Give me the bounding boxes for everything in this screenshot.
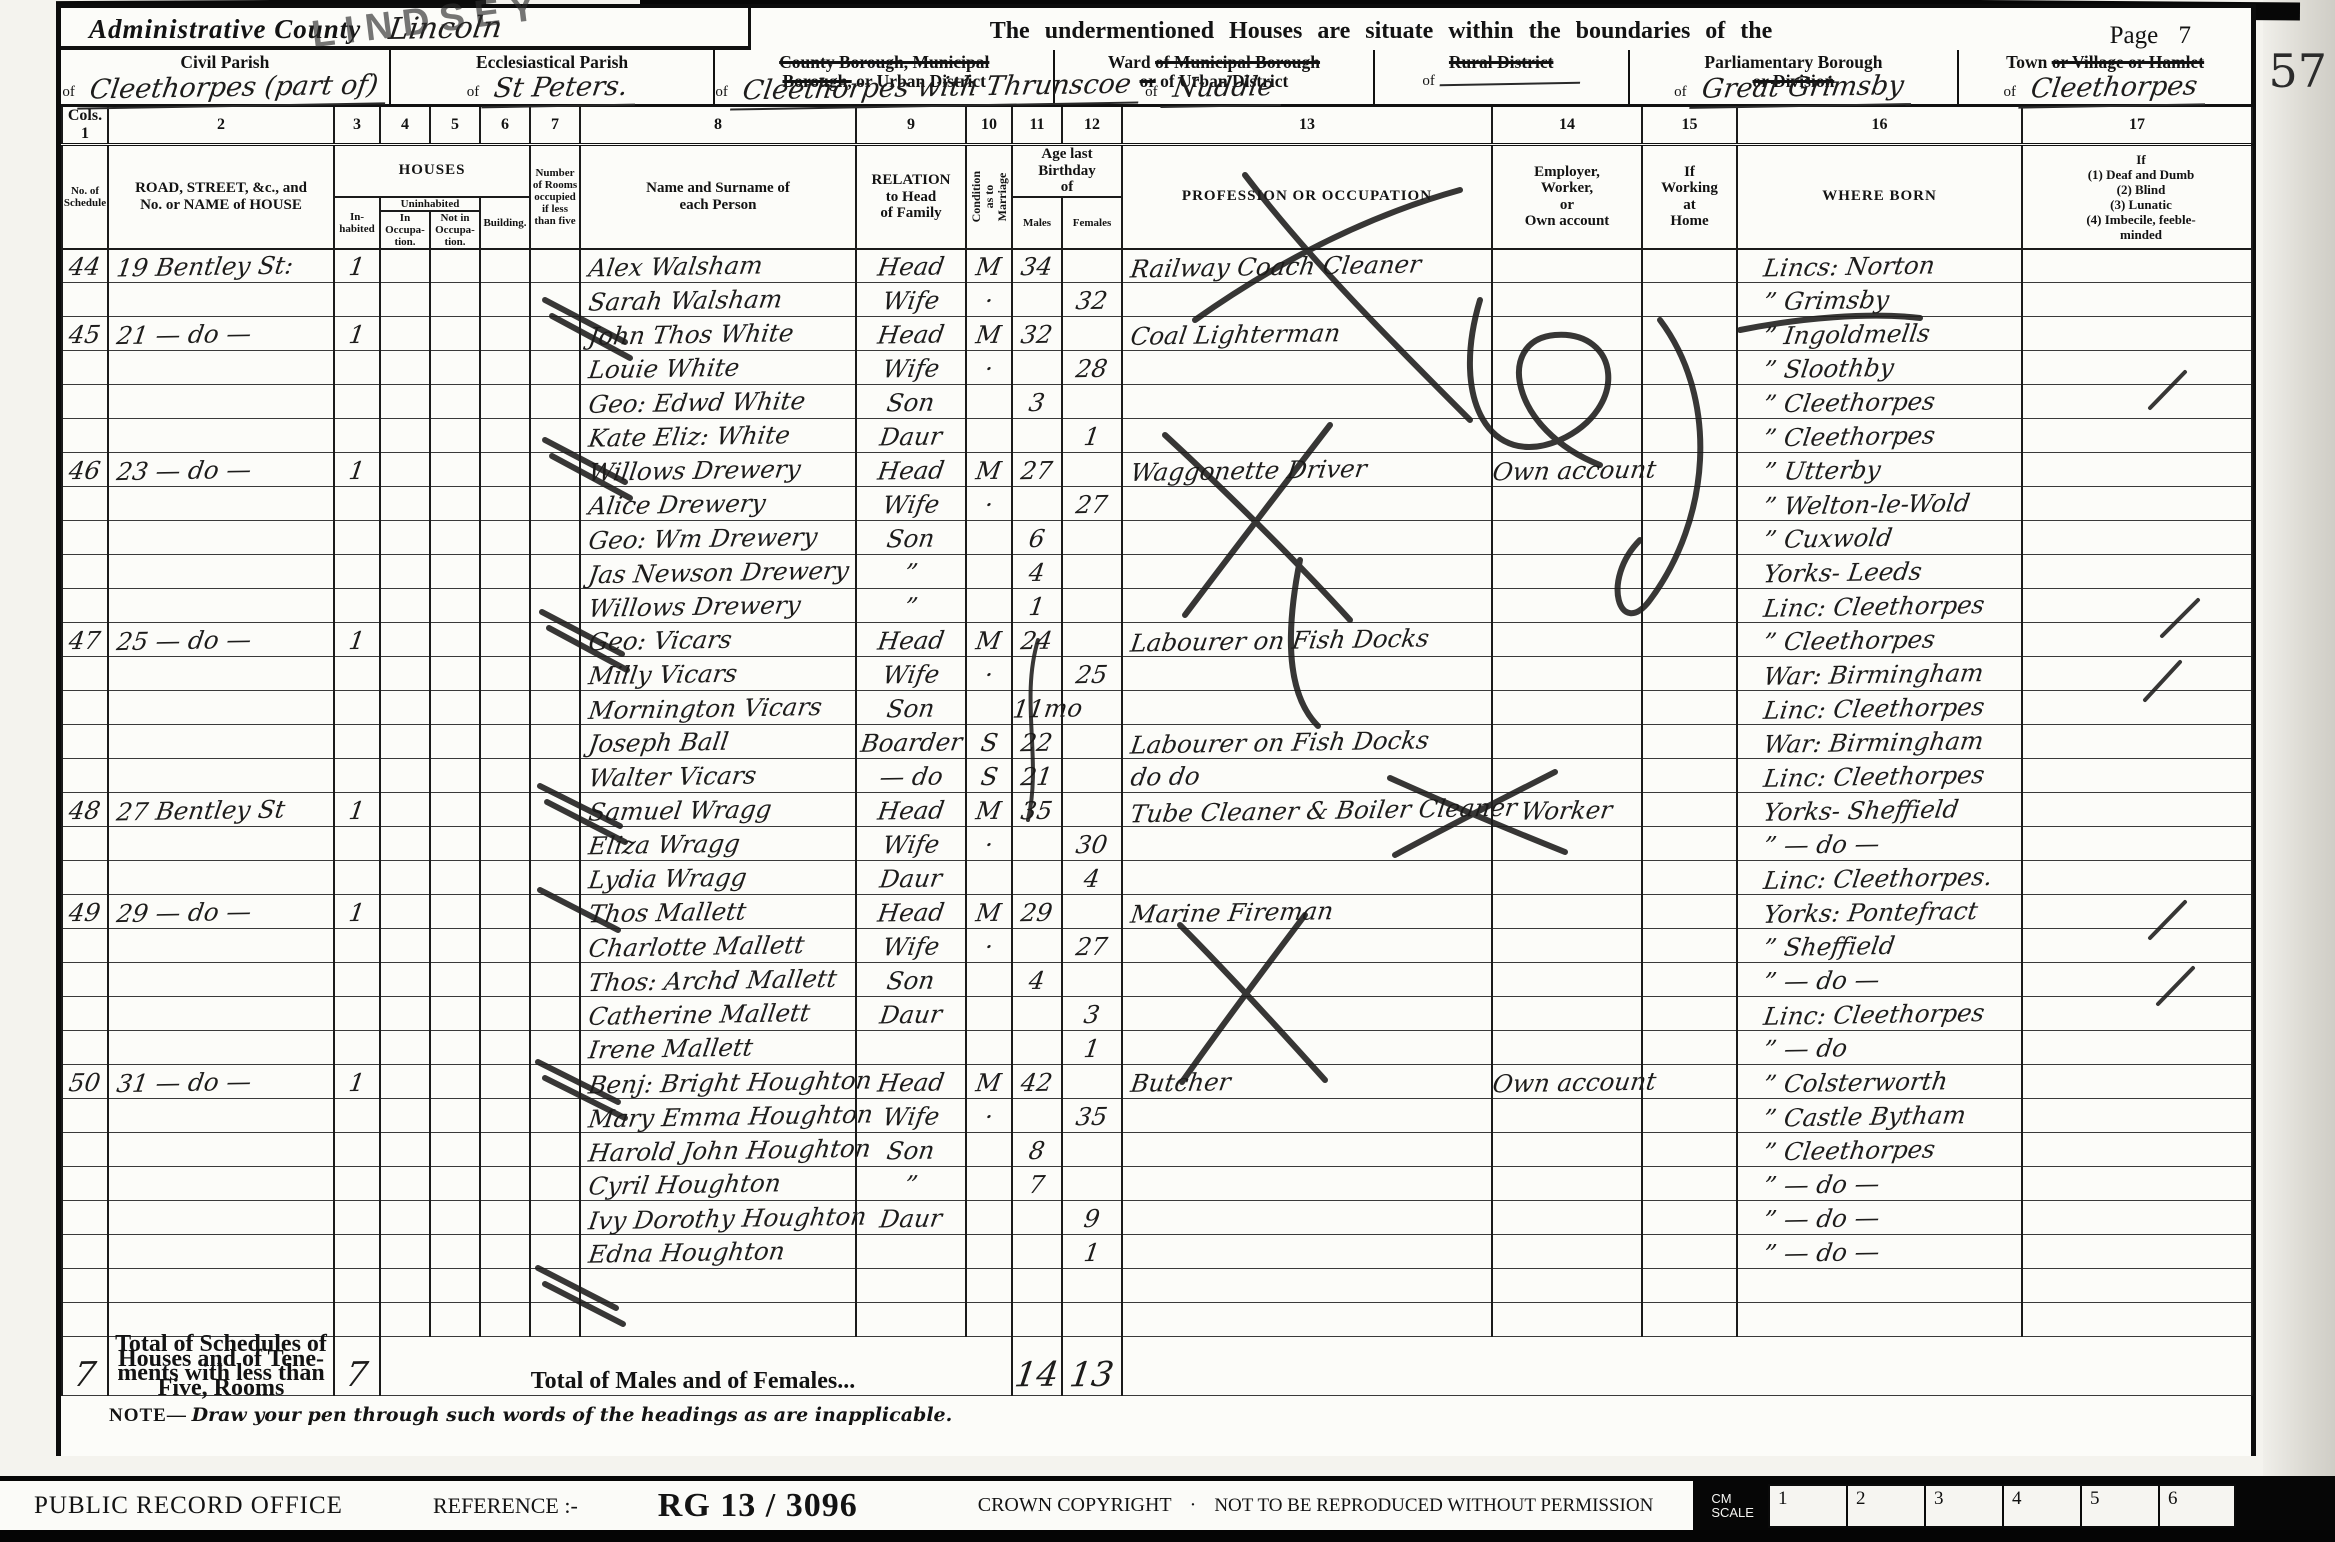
column-number-10: 10 [966, 107, 1012, 145]
building-mark [480, 249, 530, 283]
footnote-text: Draw your pen through such words of the … [192, 1404, 953, 1426]
age-male: 7 [1012, 1167, 1062, 1201]
census-table-head: Cols. 1234567891011121314151617 No. of S… [62, 107, 2252, 249]
marital-condition: · [966, 487, 1012, 521]
working-at-home [1642, 997, 1737, 1031]
cm-scale-label: CM SCALE [1711, 1492, 1754, 1520]
occupation [1122, 657, 1492, 691]
column-number-4: 4 [380, 107, 430, 145]
age-male: 21 [1012, 759, 1062, 793]
empty-cell [1642, 1303, 1737, 1337]
relation: Wife [856, 283, 966, 317]
person-name: Mornington Vicars [580, 691, 856, 725]
column-number-12: 12 [1062, 107, 1122, 145]
rooms-count [530, 1167, 580, 1201]
relation: Son [856, 521, 966, 555]
column-number-2: 2 [108, 107, 334, 145]
rooms-count [530, 759, 580, 793]
empty-cell [966, 1303, 1012, 1337]
col-header-relation: RELATION to Head of Family [856, 145, 966, 249]
age-male: 8 [1012, 1133, 1062, 1167]
address [108, 521, 334, 555]
age-female [1062, 1167, 1122, 1201]
age-female: 30 [1062, 827, 1122, 861]
uninhabited-in-occ [380, 1167, 430, 1201]
employment-status [1492, 963, 1642, 997]
empty-cell [580, 1269, 856, 1303]
district-town: Town or Village or HamletofCleethorpes [1959, 50, 2251, 104]
uninhabited-in-occ [380, 419, 430, 453]
relation: ” [856, 1167, 966, 1201]
building-mark [480, 453, 530, 487]
employment-status [1492, 249, 1642, 283]
address [108, 657, 334, 691]
working-at-home [1642, 555, 1737, 589]
working-at-home [1642, 1167, 1737, 1201]
employment-status [1492, 555, 1642, 589]
rooms-count [530, 1031, 580, 1065]
employment-status [1492, 929, 1642, 963]
working-at-home [1642, 929, 1737, 963]
infirmity [2022, 1235, 2252, 1269]
uninhabited-in-occ [380, 623, 430, 657]
total-males-females-label: Total of Males and of Females... [380, 1337, 1012, 1396]
footnote-note-word: NOTE— [109, 1405, 187, 1426]
marital-condition [966, 1201, 1012, 1235]
uninhabited-in-occ [380, 453, 430, 487]
rooms-count [530, 487, 580, 521]
district-town-value: ofCleethorpes [1959, 72, 2251, 107]
schedule-no [62, 487, 108, 521]
person-name: Irene Mallett [580, 1031, 856, 1065]
col-header-building: Building. [480, 197, 530, 249]
empty-cell [380, 1269, 430, 1303]
address [108, 385, 334, 419]
building-mark [480, 555, 530, 589]
schedule-no [62, 827, 108, 861]
infirmity [2022, 385, 2252, 419]
empty-cell [856, 1303, 966, 1337]
public-record-office-label: PUBLIC RECORD OFFICE [34, 1492, 343, 1520]
employment-status [1492, 1201, 1642, 1235]
occupation: Marine Fireman [1122, 895, 1492, 929]
relation: Daur [856, 997, 966, 1031]
age-male: 27 [1012, 453, 1062, 487]
working-at-home [1642, 793, 1737, 827]
rooms-count [530, 385, 580, 419]
col-header-in-occupation: In Occupa- tion. [380, 211, 430, 249]
schedule-no [62, 555, 108, 589]
person-name: Edna Houghton [580, 1235, 856, 1269]
inhabited-mark [334, 861, 380, 895]
building-mark [480, 589, 530, 623]
ruler-cell-3: 3 [1924, 1484, 2002, 1528]
uninhabited-not-occ [430, 1065, 480, 1099]
uninhabited-not-occ [430, 419, 480, 453]
census-row: Edna Houghton1” — do — [62, 1235, 2252, 1269]
age-male: 35 [1012, 793, 1062, 827]
inhabited-mark: 1 [334, 1065, 380, 1099]
rooms-count [530, 555, 580, 589]
uninhabited-in-occ [380, 1133, 430, 1167]
census-row: Willows Drewery”1Linc: Cleethorpes [62, 589, 2252, 623]
marital-condition [966, 997, 1012, 1031]
age-male [1012, 351, 1062, 385]
census-row: 4521 — do —1John Thos WhiteHeadM32Coal L… [62, 317, 2252, 351]
schedule-no: 47 [62, 623, 108, 657]
person-name: Louie White [580, 351, 856, 385]
col-header-not-in-occupation: Not in Occupa- tion. [430, 211, 480, 249]
age-female [1062, 589, 1122, 623]
where-born: Lincs: Norton [1737, 249, 2022, 283]
rooms-count [530, 929, 580, 963]
person-name: Walter Vicars [580, 759, 856, 793]
marital-condition [966, 861, 1012, 895]
building-mark [480, 1235, 530, 1269]
employment-status [1492, 1167, 1642, 1201]
age-female [1062, 317, 1122, 351]
col-header-males: Males [1012, 197, 1062, 249]
address: 31 — do — [108, 1065, 334, 1099]
occupation [1122, 351, 1492, 385]
person-name: Samuel Wragg [580, 793, 856, 827]
where-born: ” Ingoldmells [1737, 317, 2022, 351]
marital-condition [966, 1031, 1012, 1065]
occupation [1122, 997, 1492, 1031]
empty-cell [480, 1303, 530, 1337]
where-born: Linc: Cleethorpes. [1737, 861, 2022, 895]
where-born: Linc: Cleethorpes [1737, 691, 2022, 725]
census-row: Milly VicarsWife·25War: Birmingham [62, 657, 2252, 691]
rooms-count [530, 623, 580, 657]
uninhabited-not-occ [430, 351, 480, 385]
census-row: Louie WhiteWife·28” Sloothby [62, 351, 2252, 385]
cm-scale-box: CM SCALE 123456 [1693, 1481, 2335, 1530]
uninhabited-not-occ [430, 1201, 480, 1235]
marital-condition: M [966, 623, 1012, 657]
rooms-count [530, 691, 580, 725]
empty-cell [480, 1269, 530, 1303]
column-number-8: 8 [580, 107, 856, 145]
empty-cell [1642, 1269, 1737, 1303]
address: 25 — do — [108, 623, 334, 657]
column-number-14: 14 [1492, 107, 1642, 145]
infirmity [2022, 1133, 2252, 1167]
building-mark [480, 657, 530, 691]
census-row: 5031 — do —1Benj: Bright HoughtonHeadM42… [62, 1065, 2252, 1099]
age-female [1062, 249, 1122, 283]
district-civil-parish-value: ofCleethorpes (part of) [61, 72, 389, 107]
schedule-no [62, 1031, 108, 1065]
empty-cell [1492, 1303, 1642, 1337]
where-born: ” — do — [1737, 827, 2022, 861]
working-at-home [1642, 861, 1737, 895]
inhabited-mark [334, 1167, 380, 1201]
infirmity [2022, 793, 2252, 827]
working-at-home [1642, 1133, 1737, 1167]
address: 19 Bentley St: [108, 249, 334, 283]
rooms-count [530, 1065, 580, 1099]
district-urban-district-label: County Borough, Municipal [715, 53, 1053, 72]
infirmity [2022, 657, 2252, 691]
infirmity [2022, 351, 2252, 385]
marital-condition: M [966, 1065, 1012, 1099]
rooms-count [530, 453, 580, 487]
uninhabited-not-occ [430, 895, 480, 929]
empty-cell [1012, 1303, 1062, 1337]
uninhabited-in-occ [380, 1235, 430, 1269]
person-name: Eliza Wragg [580, 827, 856, 861]
infirmity [2022, 1167, 2252, 1201]
occupation [1122, 963, 1492, 997]
uninhabited-in-occ [380, 691, 430, 725]
building-mark [480, 861, 530, 895]
census-row: 4827 Bentley St1Samuel WraggHeadM35Tube … [62, 793, 2252, 827]
reference-label: REFERENCE :- [433, 1493, 578, 1519]
building-mark [480, 793, 530, 827]
working-at-home [1642, 1235, 1737, 1269]
schedule-no: 48 [62, 793, 108, 827]
inhabited-mark [334, 487, 380, 521]
empty-cell [1737, 1269, 2022, 1303]
uninhabited-not-occ [430, 1167, 480, 1201]
marital-condition: · [966, 827, 1012, 861]
building-mark [480, 623, 530, 657]
rooms-count [530, 249, 580, 283]
where-born: ” — do — [1737, 963, 2022, 997]
uninhabited-in-occ [380, 657, 430, 691]
relation: Son [856, 963, 966, 997]
census-row: Thos: Archd MallettSon4” — do — [62, 963, 2252, 997]
employment-status [1492, 1235, 1642, 1269]
empty-cell [1062, 1269, 1122, 1303]
working-at-home [1642, 487, 1737, 521]
age-male: 4 [1012, 555, 1062, 589]
occupation [1122, 589, 1492, 623]
occupation [1122, 487, 1492, 521]
address [108, 1167, 334, 1201]
employment-status [1492, 385, 1642, 419]
empty-cell [530, 1303, 580, 1337]
empty-cell [1492, 1269, 1642, 1303]
where-born: ” — do — [1737, 1201, 2022, 1235]
age-female [1062, 725, 1122, 759]
occupation [1122, 1099, 1492, 1133]
uninhabited-in-occ [380, 861, 430, 895]
person-name: Geo: Edwd White [580, 385, 856, 419]
uninhabited-not-occ [430, 283, 480, 317]
census-row: Geo: Edwd WhiteSon3” Cleethorpes [62, 385, 2252, 419]
employment-status [1492, 623, 1642, 657]
employment-status: Own account [1492, 453, 1642, 487]
uninhabited-in-occ [380, 827, 430, 861]
column-number-1: Cols. 1 [62, 107, 108, 145]
age-female [1062, 1133, 1122, 1167]
address [108, 725, 334, 759]
uninhabited-in-occ [380, 1065, 430, 1099]
marital-condition: · [966, 657, 1012, 691]
infirmity [2022, 929, 2252, 963]
building-mark [480, 317, 530, 351]
marital-condition [966, 1167, 1012, 1201]
inhabited-mark [334, 385, 380, 419]
district-ward-value: ofNuddle [1055, 72, 1373, 107]
empty-cell [2022, 1269, 2252, 1303]
inhabited-mark: 1 [334, 453, 380, 487]
age-male: 32 [1012, 317, 1062, 351]
marital-condition: · [966, 283, 1012, 317]
column-number-3: 3 [334, 107, 380, 145]
infirmity [2022, 589, 2252, 623]
building-mark [480, 283, 530, 317]
schedule-no [62, 725, 108, 759]
col-header-name: Name and Surname of each Person [580, 145, 856, 249]
schedule-no: 45 [62, 317, 108, 351]
uninhabited-in-occ [380, 1201, 430, 1235]
col-header-where-born: WHERE BORN [1737, 145, 2022, 249]
age-male [1012, 487, 1062, 521]
address [108, 555, 334, 589]
working-at-home [1642, 759, 1737, 793]
rooms-count [530, 997, 580, 1031]
total-females-value: 13 [1062, 1337, 1122, 1396]
empty-cell [1062, 1303, 1122, 1337]
occupation [1122, 929, 1492, 963]
uninhabited-not-occ [430, 1031, 480, 1065]
uninhabited-in-occ [380, 1031, 430, 1065]
age-female: 35 [1062, 1099, 1122, 1133]
person-name: Kate Eliz: White [580, 419, 856, 453]
blank-row [62, 1269, 2252, 1303]
district-rural-district: Rural Districtof [1375, 50, 1630, 104]
empty-cell [108, 1269, 334, 1303]
working-at-home [1642, 317, 1737, 351]
col-header-age: Age last Birthday of [1012, 145, 1122, 197]
where-born: ” Cleethorpes [1737, 419, 2022, 453]
inhabited-mark [334, 759, 380, 793]
relation: Son [856, 385, 966, 419]
age-male [1012, 1201, 1062, 1235]
working-at-home [1642, 249, 1737, 283]
person-name: Charlotte Mallett [580, 929, 856, 963]
age-female: 27 [1062, 487, 1122, 521]
address [108, 419, 334, 453]
census-row: Joseph BallBoarderS22Labourer on Fish Do… [62, 725, 2252, 759]
person-name: Milly Vicars [580, 657, 856, 691]
relation: Head [856, 453, 966, 487]
uninhabited-not-occ [430, 1099, 480, 1133]
building-mark [480, 997, 530, 1031]
marital-condition [966, 1133, 1012, 1167]
occupation: Labourer on Fish Docks [1122, 725, 1492, 759]
age-female: 1 [1062, 419, 1122, 453]
building-mark [480, 351, 530, 385]
rooms-count [530, 963, 580, 997]
col-header-at-home: If Working at Home [1642, 145, 1737, 249]
col-header-infirmity: If (1) Deaf and Dumb (2) Blind (3) Lunat… [2022, 145, 2252, 249]
column-number-5: 5 [430, 107, 480, 145]
age-female: 25 [1062, 657, 1122, 691]
infirmity [2022, 963, 2252, 997]
marital-condition: M [966, 453, 1012, 487]
age-male: 24 [1012, 623, 1062, 657]
age-female: 32 [1062, 283, 1122, 317]
address: 21 — do — [108, 317, 334, 351]
where-born: ” Cuxwold [1737, 521, 2022, 555]
age-male: 3 [1012, 385, 1062, 419]
uninhabited-not-occ [430, 453, 480, 487]
rooms-count [530, 419, 580, 453]
empty-cell [1012, 1269, 1062, 1303]
rooms-count [530, 589, 580, 623]
uninhabited-in-occ [380, 793, 430, 827]
age-female [1062, 623, 1122, 657]
person-name: Harold John Houghton [580, 1133, 856, 1167]
census-row: Harold John HoughtonSon8” Cleethorpes [62, 1133, 2252, 1167]
district-parliamentary-borough-value: ofGreat Grimsby [1630, 72, 1958, 107]
totals-empty [1122, 1337, 2252, 1396]
employment-status [1492, 1133, 1642, 1167]
building-mark [480, 1201, 530, 1235]
infirmity [2022, 453, 2252, 487]
census-row: 4929 — do —1Thos MallettHeadM29Marine Fi… [62, 895, 2252, 929]
district-header-row: Civil ParishofCleethorpes (part of)Eccle… [61, 50, 2251, 107]
relation: Head [856, 249, 966, 283]
occupation: Tube Cleaner & Boiler Cleaner [1122, 793, 1492, 827]
inhabited-mark [334, 1201, 380, 1235]
working-at-home [1642, 1099, 1737, 1133]
where-born: War: Birmingham [1737, 725, 2022, 759]
occupation [1122, 283, 1492, 317]
working-at-home [1642, 1201, 1737, 1235]
ruler-cell-2: 2 [1846, 1484, 1924, 1528]
ruler-cell-5: 5 [2080, 1484, 2158, 1528]
address [108, 691, 334, 725]
census-row: Geo: Wm DrewerySon6” Cuxwold [62, 521, 2252, 555]
employment-status [1492, 589, 1642, 623]
age-female [1062, 759, 1122, 793]
uninhabited-not-occ [430, 691, 480, 725]
occupation [1122, 555, 1492, 589]
building-mark [480, 759, 530, 793]
rooms-count [530, 1133, 580, 1167]
lindsey-stamp: LINDSEY [309, 0, 547, 57]
where-born: ” — do [1737, 1031, 2022, 1065]
uninhabited-not-occ [430, 249, 480, 283]
marital-condition: M [966, 317, 1012, 351]
person-name: Willows Drewery [580, 453, 856, 487]
relation: Head [856, 793, 966, 827]
occupation [1122, 861, 1492, 895]
schedule-no [62, 1133, 108, 1167]
inhabited-mark [334, 419, 380, 453]
person-name: Lydia Wragg [580, 861, 856, 895]
working-at-home [1642, 385, 1737, 419]
schedule-no [62, 1201, 108, 1235]
age-female [1062, 793, 1122, 827]
rooms-count [530, 351, 580, 385]
person-name: Alice Drewery [580, 487, 856, 521]
census-row: 4623 — do —1Willows DreweryHeadM27Waggon… [62, 453, 2252, 487]
form-title: The undermentioned Houses are situate wi… [821, 18, 1941, 45]
census-row: Ivy Dorothy HoughtonDaur9” — do — [62, 1201, 2252, 1235]
census-row: Cyril Houghton”7” — do — [62, 1167, 2252, 1201]
uninhabited-in-occ [380, 351, 430, 385]
working-at-home [1642, 623, 1737, 657]
occupation: Labourer on Fish Docks [1122, 623, 1492, 657]
col-header-profession: PROFESSION OR OCCUPATION [1122, 145, 1492, 249]
schedule-no [62, 419, 108, 453]
